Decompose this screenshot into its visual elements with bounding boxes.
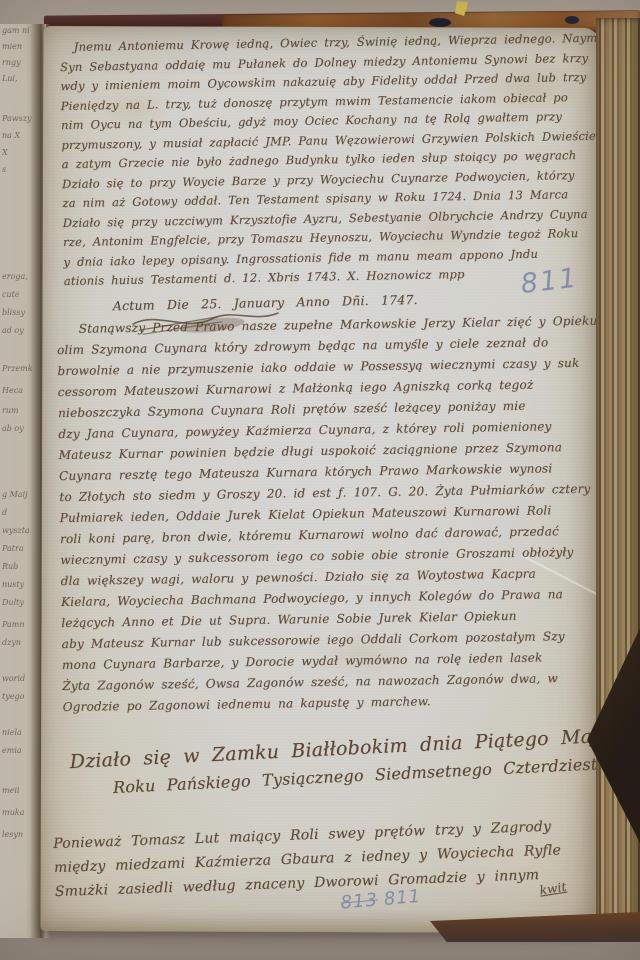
margin-text-fragment: emia bbox=[2, 746, 22, 755]
manuscript-photo: gam nimienrngyLui,Pawszy Xna XXseroga,cu… bbox=[0, 0, 640, 960]
margin-text-fragment: gam ni bbox=[2, 26, 30, 35]
margin-text-fragment: d bbox=[2, 508, 7, 517]
margin-text-fragment: na X bbox=[2, 131, 20, 140]
archival-page-number: 811 bbox=[519, 263, 580, 301]
margin-text-fragment: mien bbox=[2, 42, 22, 51]
margin-text-fragment: cute bbox=[2, 290, 20, 299]
margin-text-fragment: worid bbox=[2, 674, 25, 683]
margin-text-fragment: ad oy bbox=[2, 326, 24, 335]
margin-text-fragment: ab oy bbox=[2, 424, 24, 433]
deed-paragraph: Stanąwszy Przed Prawo nasze zupełne Mark… bbox=[57, 311, 595, 718]
margin-text-fragment: Pamn bbox=[2, 620, 25, 629]
margin-text-fragment: X bbox=[2, 148, 8, 157]
margin-text-fragment: rngy bbox=[2, 58, 21, 67]
margin-text-fragment: g Maij bbox=[2, 490, 28, 499]
dated-heading: Działo się w Zamku Białłobokim dnia Piąt… bbox=[69, 723, 591, 804]
margin-text-fragment: Pawszy X bbox=[2, 114, 32, 123]
margin-text-fragment: Przemk. bbox=[2, 364, 32, 373]
current-page-number: 811 bbox=[383, 886, 422, 910]
margin-text-fragment: niela bbox=[2, 728, 22, 737]
closing-paragraph: Ponieważ Tomasz Lut maiący Roli swey prę… bbox=[53, 814, 575, 904]
margin-text-fragment: eroga, bbox=[2, 272, 28, 281]
margin-text-fragment: meii bbox=[2, 786, 19, 795]
margin-text-fragment: s bbox=[2, 165, 6, 174]
testament-paragraph: Jnemu Antoniemu Krowę iedną, Owiec trzy,… bbox=[60, 29, 592, 292]
actum-date-line: Actum Die 25. January Anno Dñi. 1747. bbox=[113, 292, 418, 313]
margin-text-fragment: blissy bbox=[2, 308, 25, 317]
margin-text-fragment: rum bbox=[2, 406, 19, 415]
spine-ink-spot-2 bbox=[565, 16, 579, 24]
margin-text-fragment: tyego bbox=[2, 692, 24, 701]
spine-ink-spot bbox=[429, 18, 451, 27]
margin-text-fragment: muka bbox=[2, 808, 24, 817]
margin-text-fragment: Heca bbox=[2, 386, 23, 395]
margin-text-fragment: nusty bbox=[2, 580, 24, 589]
margin-word: kwit bbox=[539, 880, 568, 898]
struck-page-number: 813 bbox=[340, 890, 379, 914]
manuscript-page: Jnemu Antoniemu Krowę iedną, Owiec trzy,… bbox=[40, 26, 599, 933]
margin-text-fragment: lesyn bbox=[2, 830, 23, 839]
margin-text-fragment: Patra bbox=[2, 544, 24, 553]
margin-text-fragment: dzyn bbox=[2, 638, 21, 647]
margin-text-fragment: Dulty bbox=[2, 598, 24, 607]
margin-text-fragment: Lui, bbox=[2, 74, 18, 83]
margin-text-fragment: Rub bbox=[2, 562, 18, 571]
margin-text-fragment: wyszta bbox=[2, 526, 30, 535]
